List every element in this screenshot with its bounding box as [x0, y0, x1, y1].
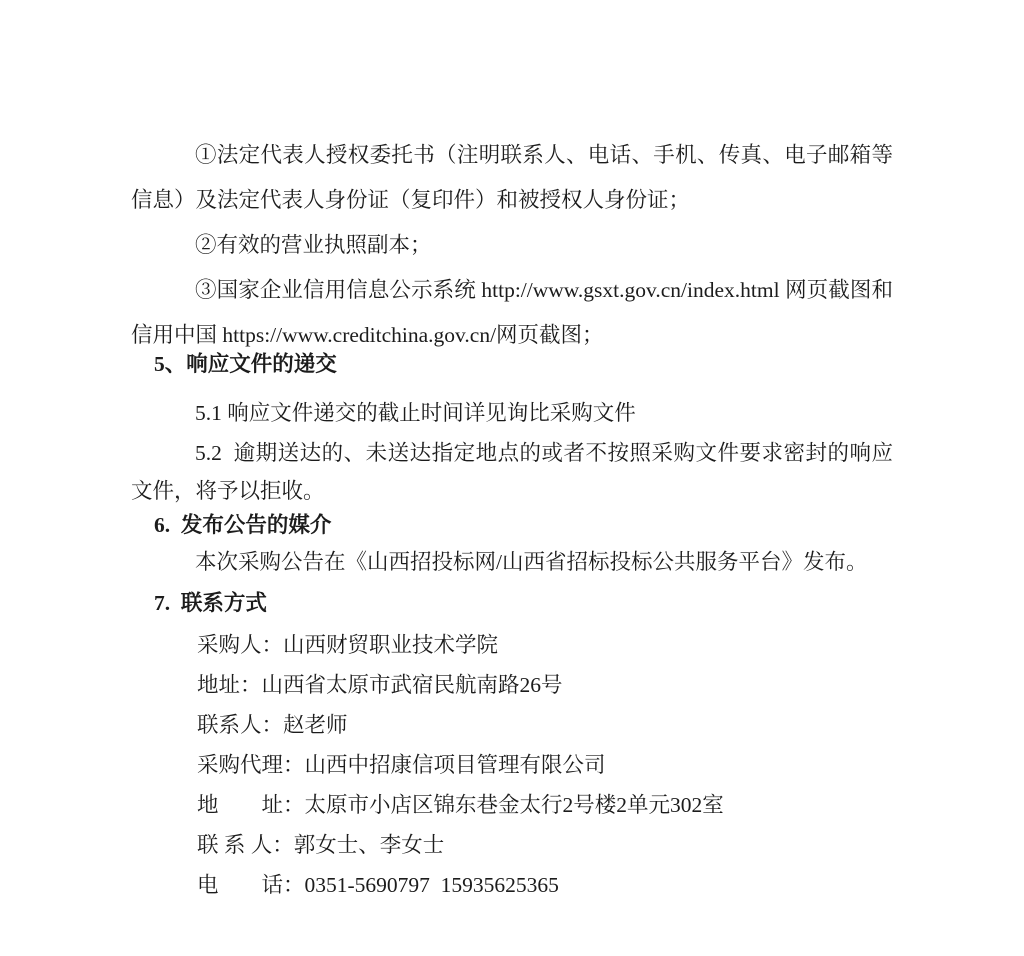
contact-purchaser: 采购人：山西财贸职业技术学院 [197, 625, 893, 665]
contact-agent-address: 地 址：太原市小店区锦东巷金太行2号楼2单元302室 [197, 785, 893, 825]
announcement-media-text: 本次采购公告在《山西招投标网/山西省招标投标公共服务平台》发布。 [131, 540, 893, 585]
contact-agent-person: 联 系 人：郭女士、李女士 [197, 825, 893, 865]
section6-heading: 6. 发布公告的媒介 [131, 507, 893, 543]
business-license-item: ②有效的营业执照副本； [131, 223, 893, 268]
legal-rep-authorization-item: ①法定代表人授权委托书（注明联系人、电话、手机、传真、电子邮箱等信息）及法定代表… [131, 133, 893, 223]
section7-heading: 7. 联系方式 [131, 585, 893, 621]
contact-agent-phone: 电 话：0351-5690797 15935625365 [197, 865, 893, 905]
document-body: ①法定代表人授权委托书（注明联系人、电话、手机、传真、电子邮箱等信息）及法定代表… [131, 133, 893, 905]
contact-agent: 采购代理：山西中招康信项目管理有限公司 [197, 745, 893, 785]
contact-block: 采购人：山西财贸职业技术学院 地址：山西省太原市武宿民航南路26号 联系人：赵老… [131, 625, 893, 905]
credit-info-item: ③国家企业信用信息公示系统 http://www.gsxt.gov.cn/ind… [131, 268, 893, 358]
document-page: ①法定代表人授权委托书（注明联系人、电话、手机、传真、电子邮箱等信息）及法定代表… [0, 0, 1024, 956]
contact-purchaser-person: 联系人：赵老师 [197, 705, 893, 745]
clause-5-2: 5.2 逾期送达的、未送达指定地点的或者不按照采购文件要求密封的响应文件，将予以… [131, 434, 893, 510]
clause-5-1: 5.1 响应文件递交的截止时间详见询比采购文件 [131, 391, 893, 436]
contact-purchaser-address: 地址：山西省太原市武宿民航南路26号 [197, 665, 893, 705]
